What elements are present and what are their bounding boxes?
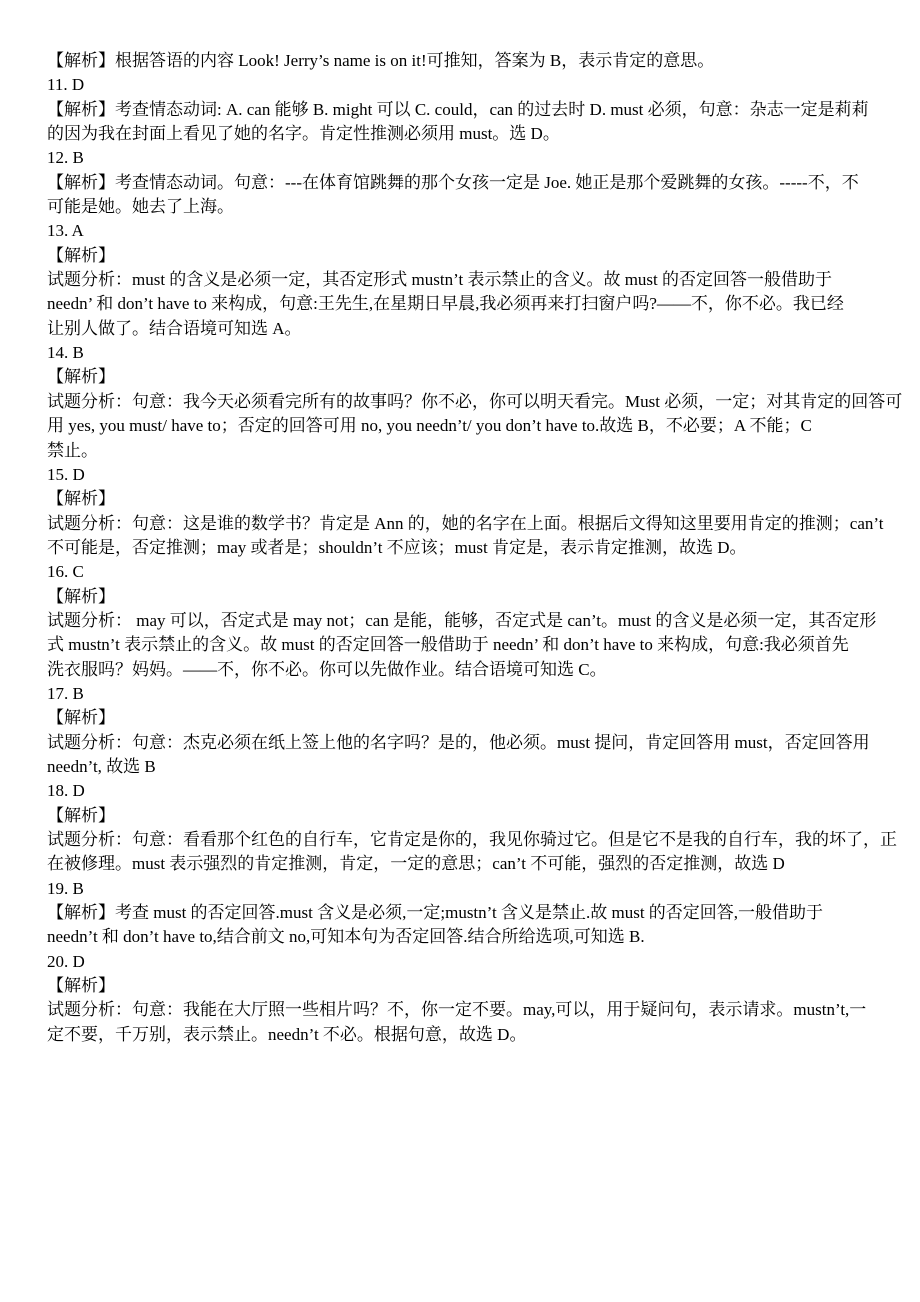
text-line: 在被修理。must 表示强烈的肯定推测，肯定，一定的意思；can’t 不可能，强… xyxy=(47,852,882,876)
text-line: 15. D xyxy=(47,463,882,487)
text-line: 【解析】根据答语的内容 Look! Jerry’s name is on it!… xyxy=(47,49,882,73)
text-line: 【解析】 xyxy=(47,244,882,268)
text-line: 定不要，千万别，表示禁止。needn’t 不必。根据句意，故选 D。 xyxy=(47,1023,882,1047)
document-content: 【解析】根据答语的内容 Look! Jerry’s name is on it!… xyxy=(47,49,882,1047)
text-line: 11. D xyxy=(47,73,882,97)
text-line: 【解析】考查情态动词: A. can 能够 B. might 可以 C. cou… xyxy=(47,98,882,122)
text-line: 18. D xyxy=(47,779,882,803)
text-line: 试题分析：must 的含义是必须一定，其否定形式 mustn’t 表示禁止的含义… xyxy=(47,268,882,292)
text-line: 【解析】 xyxy=(47,804,882,828)
text-line: 【解析】 xyxy=(47,585,882,609)
text-line: 试题分析：句意：我能在大厅照一些相片吗？不，你一定不要。may,可以，用于疑问句… xyxy=(47,998,882,1022)
text-line: 17. B xyxy=(47,682,882,706)
text-line: 让别人做了。结合语境可知选 A。 xyxy=(47,317,882,341)
text-line: 16. C xyxy=(47,560,882,584)
text-line: 试题分析：句意：杰克必须在纸上签上他的名字吗？是的，他必须。must 提问，肯定… xyxy=(47,731,882,755)
text-line: 12. B xyxy=(47,146,882,170)
text-line: 式 mustn’t 表示禁止的含义。故 must 的否定回答一般借助于 need… xyxy=(47,633,882,657)
text-line: 【解析】考查情态动词。句意：---在体育馆跳舞的那个女孩一定是 Joe. 她正是… xyxy=(47,171,882,195)
text-line: 14. B xyxy=(47,341,882,365)
text-line: 试题分析：句意：这是谁的数学书？肯定是 Ann 的，她的名字在上面。根据后文得知… xyxy=(47,512,882,536)
text-line: needn’t 和 don’t have to,结合前文 no,可知本句为否定回… xyxy=(47,925,882,949)
text-line: 19. B xyxy=(47,877,882,901)
text-line: 13. A xyxy=(47,219,882,243)
text-line: 试题分析：句意：我今天必须看完所有的故事吗？你不必，你可以明天看完。Must 必… xyxy=(47,390,882,414)
text-line: 【解析】 xyxy=(47,487,882,511)
text-line: 可能是她。她去了上海。 xyxy=(47,195,882,219)
text-line: 试题分析： may 可以，否定式是 may not；can 是能，能够，否定式是… xyxy=(47,609,882,633)
text-line: 【解析】考查 must 的否定回答.must 含义是必须,一定;mustn’t … xyxy=(47,901,882,925)
text-line: 禁止。 xyxy=(47,439,882,463)
text-line: needn’ 和 don’t have to 来构成，句意:王先生,在星期日早晨… xyxy=(47,292,882,316)
text-line: 用 yes, you must/ have to；否定的回答可用 no, you… xyxy=(47,414,882,438)
text-line: needn’t, 故选 B xyxy=(47,755,882,779)
text-line: 洗衣服吗？妈妈。——不，你不必。你可以先做作业。结合语境可知选 C。 xyxy=(47,658,882,682)
document-page: 【解析】根据答语的内容 Look! Jerry’s name is on it!… xyxy=(0,0,920,1302)
text-line: 【解析】 xyxy=(47,706,882,730)
text-line: 的因为我在封面上看见了她的名字。肯定性推测必须用 must。选 D。 xyxy=(47,122,882,146)
text-line: 不可能是，否定推测；may 或者是；shouldn’t 不应该；must 肯定是… xyxy=(47,536,882,560)
text-line: 【解析】 xyxy=(47,974,882,998)
text-line: 20. D xyxy=(47,950,882,974)
text-line: 试题分析：句意：看看那个红色的自行车，它肯定是你的，我见你骑过它。但是它不是我的… xyxy=(47,828,882,852)
text-line: 【解析】 xyxy=(47,365,882,389)
